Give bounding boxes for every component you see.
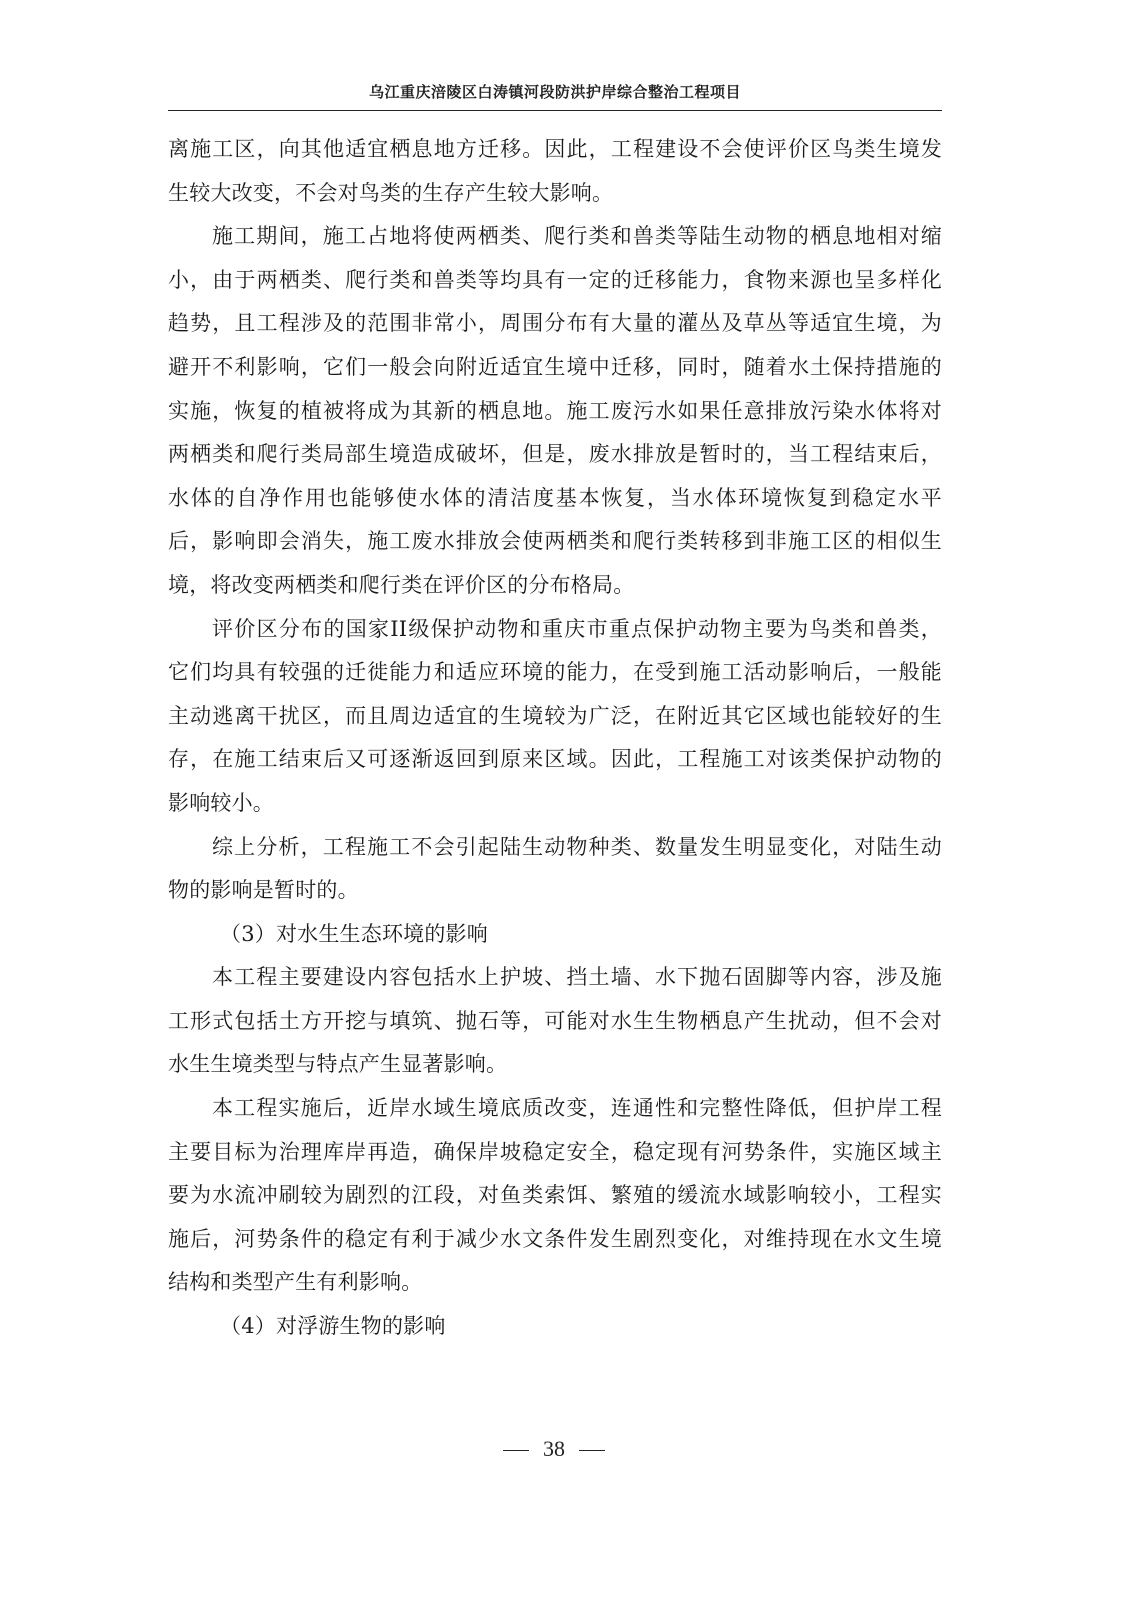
text-line: 物的影响是暂时的。	[168, 869, 942, 913]
body-text: 离施工区，向其他适宜栖息地方迁移。因此，工程建设不会使评价区鸟类生境发 生较大改…	[168, 128, 942, 1349]
page-number: 38	[543, 1436, 565, 1461]
text-line: 后，影响即会消失，施工废水排放会使两栖类和爬行类转移到非施工区的相似生	[168, 520, 942, 564]
text-line: 离施工区，向其他适宜栖息地方迁移。因此，工程建设不会使评价区鸟类生境发	[168, 128, 942, 172]
page-header: 乌江重庆涪陵区白涛镇河段防洪护岸综合整治工程项目	[168, 78, 942, 111]
text-line: 主动逃离干扰区，而且周边适宜的生境较为广泛，在附近其它区域也能较好的生	[168, 695, 942, 739]
page-footer: 38	[0, 1436, 1108, 1462]
text-line: 存，在施工结束后又可逐渐返回到原来区域。因此，工程施工对该类保护动物的	[168, 738, 942, 782]
dash-decoration	[579, 1450, 605, 1451]
text-line: 工形式包括土方开挖与填筑、抛石等，可能对水生生物栖息产生扰动，但不会对	[168, 1000, 942, 1044]
text-line: 小，由于两栖类、爬行类和兽类等均具有一定的迁移能力，食物来源也呈多样化	[168, 259, 942, 303]
text-line: 趋势，且工程涉及的范围非常小，周围分布有大量的灌丛及草丛等适宜生境，为	[168, 302, 942, 346]
text-line: 两栖类和爬行类局部生境造成破坏，但是，废水排放是暂时的，当工程结束后，	[168, 433, 942, 477]
text-line: 本工程实施后，近岸水域生境底质改变，连通性和完整性降低，但护岸工程	[168, 1087, 942, 1131]
dash-decoration	[503, 1450, 529, 1451]
document-title: 乌江重庆涪陵区白涛镇河段防洪护岸综合整治工程项目	[369, 83, 741, 101]
text-line: 它们均具有较强的迁徙能力和适应环境的能力，在受到施工活动影响后，一般能	[168, 651, 942, 695]
text-line: 结构和类型产生有利影响。	[168, 1261, 942, 1305]
text-line: 影响较小。	[168, 782, 942, 826]
section-heading: （3）对水生生态环境的影响	[168, 913, 942, 957]
text-line: 施后，河势条件的稳定有利于减少水文条件发生剧烈变化，对维持现在水文生境	[168, 1218, 942, 1262]
text-line: 水体的自净作用也能够使水体的清洁度基本恢复，当水体环境恢复到稳定水平	[168, 477, 942, 521]
text-line: 主要目标为治理库岸再造，确保岸坡稳定安全，稳定现有河势条件，实施区域主	[168, 1131, 942, 1175]
text-line: 水生生境类型与特点产生显著影响。	[168, 1043, 942, 1087]
text-line: 境，将改变两栖类和爬行类在评价区的分布格局。	[168, 564, 942, 608]
text-line: 避开不利影响，它们一般会向附近适宜生境中迁移，同时，随着水土保持措施的	[168, 346, 942, 390]
text-line: 综上分析，工程施工不会引起陆生动物种类、数量发生明显变化，对陆生动	[168, 826, 942, 870]
text-line: 本工程主要建设内容包括水上护坡、挡土墙、水下抛石固脚等内容，涉及施	[168, 956, 942, 1000]
section-heading: （4）对浮游生物的影响	[168, 1305, 942, 1349]
text-line: 评价区分布的国家II级保护动物和重庆市重点保护动物主要为鸟类和兽类，	[168, 608, 942, 652]
text-line: 施工期间，施工占地将使两栖类、爬行类和兽类等陆生动物的栖息地相对缩	[168, 215, 942, 259]
text-line: 要为水流冲刷较为剧烈的江段，对鱼类索饵、繁殖的缓流水域影响较小，工程实	[168, 1174, 942, 1218]
text-line: 生较大改变，不会对鸟类的生存产生较大影响。	[168, 172, 942, 216]
text-line: 实施，恢复的植被将成为其新的栖息地。施工废污水如果任意排放污染水体将对	[168, 390, 942, 434]
